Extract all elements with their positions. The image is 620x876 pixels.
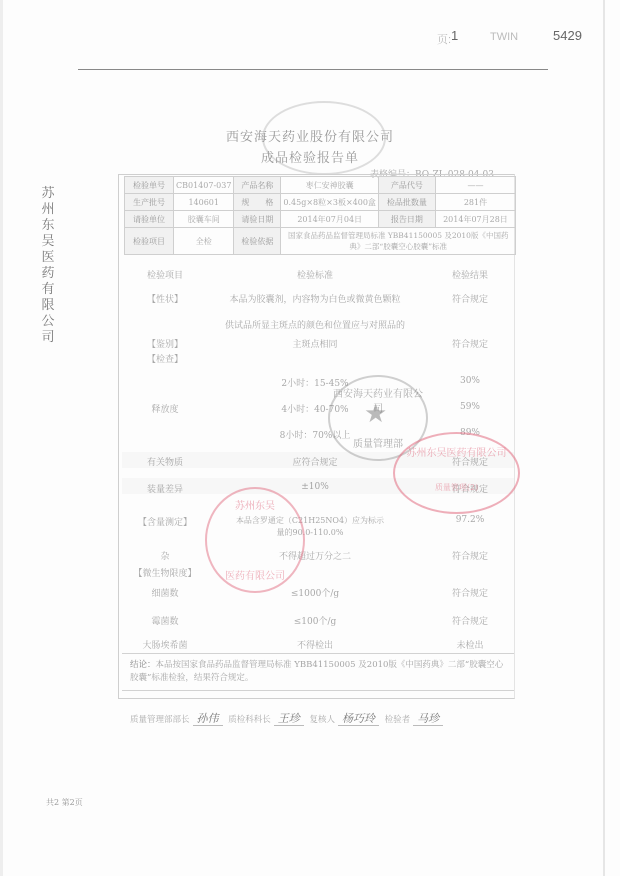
result-value: 符合规定 [430,614,510,627]
red-stamp-left-text2: 医药有限公司 [207,567,303,582]
info-label: 请验单位 [125,211,174,228]
side-char: 医 [38,250,58,266]
result-standard: 本品为胶囊剂，内容物为白色或微黄色颗粒 [200,292,430,305]
info-label: 报告日期 [378,211,435,228]
result-item: 细菌数 [130,586,200,599]
result-standard: 不得检出 [200,638,430,651]
side-char: 限 [38,298,58,314]
side-company-name: 苏州东吴医药有限公司 [38,186,58,346]
conclusion-bottom-rule [122,690,514,691]
red-stamp-right-dept: 质量管理(2) [395,482,518,493]
info-row: 请验单位 胶囊车间 请验日期 2014年07月04日 报告日期 2014年07月… [125,211,516,228]
conclusion-label: 结论： [130,660,156,670]
info-label: 检品批数量 [378,194,435,211]
result-value: 符合规定 [430,549,510,562]
side-char: 公 [38,314,58,330]
page-info: 共2 第2页 [46,797,83,808]
side-char: 苏 [38,186,58,202]
result-item: 杂 [130,549,200,562]
conclusion-divider [122,653,514,654]
fax-doc-number: 5429 [553,28,582,43]
side-char: 州 [38,202,58,218]
qc-head-signature: 王珍 [274,712,304,726]
result-standard: 供试品所显主斑点的颜色和位置应与对照品的 [200,318,430,331]
side-char: 药 [38,266,58,282]
results-header-result: 检验结果 [430,268,510,281]
result-value: 30% [430,376,510,386]
info-value: 281件 [435,194,515,211]
info-table: 检验单号 CB01407-037 产品名称 枣仁安神胶囊 产品代号 —— 生产批… [124,176,516,255]
company-name: 西安海天药业股份有限公司 [0,126,620,145]
result-item: 【检查】 [130,352,200,365]
info-value: 2014年07月04日 [281,211,379,228]
report-title: 成品检验报告单 [0,147,620,166]
results-header-item: 检验项目 [130,268,200,281]
qa-head-label: 质量管理部部长 [130,715,190,725]
reviewer-label: 复核人 [309,715,335,725]
fax-page-mark: 1 [451,28,458,43]
star-icon: ★ [364,399,387,429]
side-char: 司 [38,330,58,346]
result-item: 【含量测定】 [130,515,200,528]
red-stamp-right-text: 苏州东吴医药有限公司 [395,444,518,459]
info-label: 生产批号 [125,194,174,211]
qa-head-signature: 孙伟 [193,712,223,726]
inspector-label: 检验者 [385,715,411,725]
info-label: 检验单号 [125,177,174,194]
result-standard: ≤100个/g [200,614,430,627]
conclusion-text: 本品按国家食品药品监督管理局标准 YBB41150005 及2010版《中国药典… [130,660,503,683]
signature-line: 质量管理部部长孙伟 质检科科长王珍 复核人杨巧玲 检验者马珍 [130,710,510,726]
info-row: 检验项目 全检 检验依据 国家食品药品监督管理局标准 YBB41150005 及… [125,228,516,255]
result-standard: 主斑点相同 [200,337,430,350]
fax-header-label: 页: [437,31,451,47]
red-stamp-left: 苏州东吴 医药有限公司 [205,487,305,593]
result-item: 【鉴别】 [130,337,200,350]
result-value: 97.2% [430,515,510,525]
info-value: —— [435,177,515,194]
info-value: 全检 [174,228,234,255]
info-value: 2014年07月28日 [435,211,515,228]
result-item: 霉菌数 [130,614,200,627]
info-row: 生产批号 140601 规 格 0.45g×8粒×3板×400盒 检品批数量 2… [125,194,516,211]
result-item: 释放度 [130,402,200,415]
result-item: 【微生物限度】 [130,566,200,579]
red-stamp-left-text: 苏州东吴 [207,497,303,512]
info-value: 140601 [174,194,234,211]
info-value: 胶囊车间 [174,211,234,228]
side-char: 东 [38,218,58,234]
result-value: 59% [430,402,510,412]
info-label: 产品名称 [234,177,281,194]
result-item: 大肠埃希菌 [130,638,200,651]
conclusion: 结论：本品按国家食品药品监督管理局标准 YBB41150005 及2010版《中… [130,659,505,685]
top-rule [78,69,548,70]
info-row: 检验单号 CB01407-037 产品名称 枣仁安神胶囊 产品代号 —— [125,177,516,194]
qc-head-label: 质检科科长 [228,715,271,725]
info-value: 国家食品药品监督管理局标准 YBB41150005 及2010版《中国药典》二部… [281,228,516,255]
info-label: 请验日期 [234,211,281,228]
result-value: 未检出 [430,638,510,651]
result-value: 符合规定 [430,292,510,305]
info-value: CB01407-037 [174,177,234,194]
result-item: 【性状】 [130,292,200,305]
side-char: 吴 [38,234,58,250]
reviewer-signature: 杨巧玲 [338,712,379,726]
result-value: 符合规定 [430,586,510,599]
red-stamp-right: 苏州东吴医药有限公司 质量管理(2) [393,432,520,514]
info-label: 产品代号 [378,177,435,194]
results-header-standard: 检验标准 [200,268,430,281]
info-label: 检验项目 [125,228,174,255]
result-value: 符合规定 [430,337,510,350]
side-char: 有 [38,282,58,298]
fax-header-faint: TWIN [490,31,518,43]
info-label: 规 格 [234,194,281,211]
inspector-signature: 马珍 [413,712,443,726]
info-value: 枣仁安神胶囊 [281,177,379,194]
info-label: 检验依据 [234,228,281,255]
info-value: 0.45g×8粒×3板×400盒 [281,194,379,211]
